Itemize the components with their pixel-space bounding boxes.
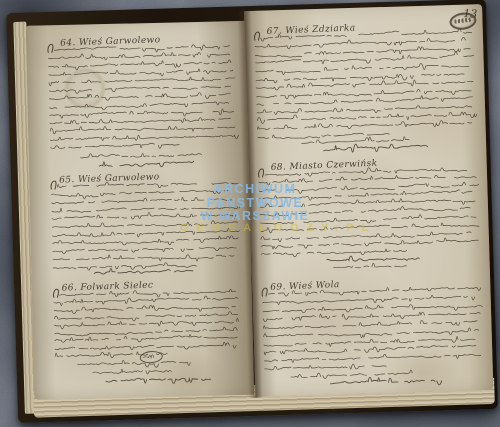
left-page: 64. Wieś Garwolewo65. Wieś Garwolewo66. …	[26, 21, 254, 400]
manuscript-photo: 64. Wieś Garwolewo65. Wieś Garwolewo66. …	[0, 0, 500, 427]
handwriting-rightPage	[244, 4, 493, 397]
right-page: 13 67. Wieś Zdziarka68. Miasto Czerwińsk…	[244, 4, 493, 397]
manuscript-book: 64. Wieś Garwolewo65. Wieś Garwolewo66. …	[6, 0, 498, 423]
handwriting-leftPage	[26, 21, 254, 400]
